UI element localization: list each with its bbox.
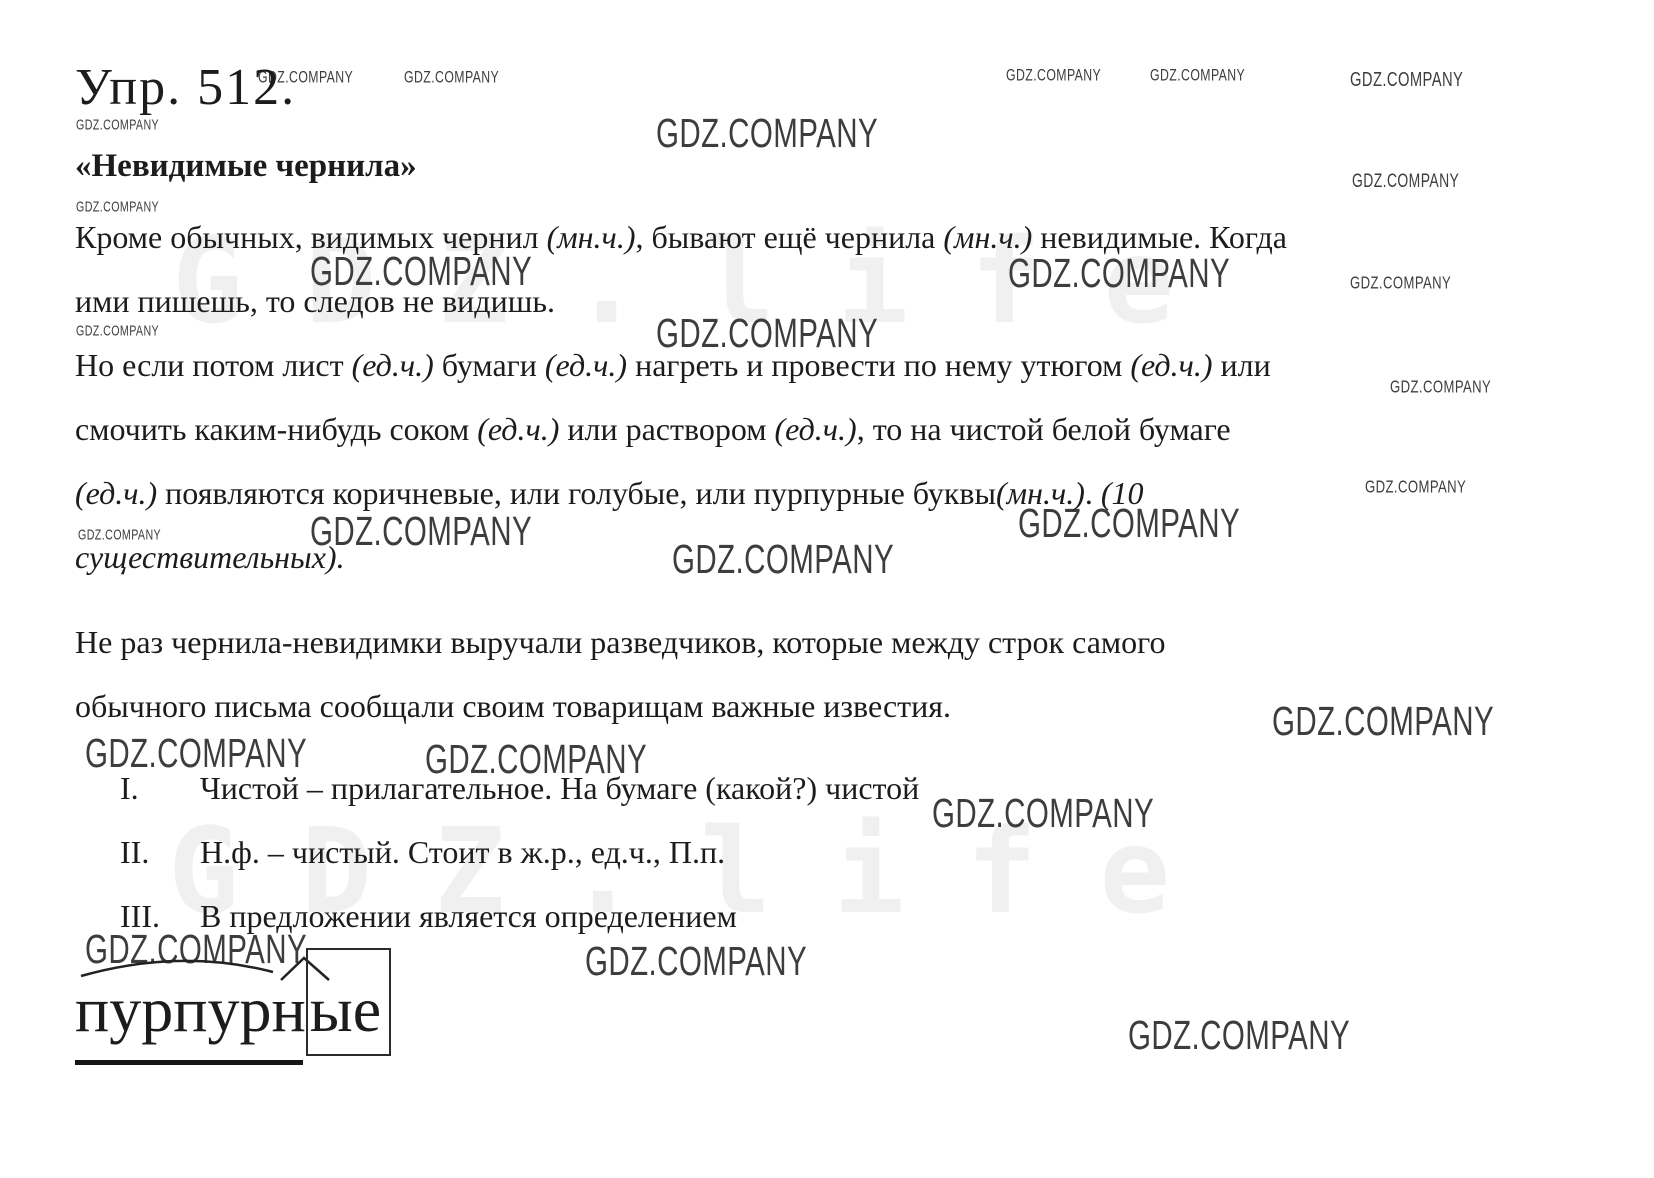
text-line: Не раз чернила-невидимки выручали развед…: [75, 610, 1165, 674]
watermark: GDZ.COMPANY: [1350, 274, 1451, 294]
text-line: Кроме обычных, видимых чернил (мн.ч.), б…: [75, 205, 1287, 269]
text-line: Но если потом лист (ед.ч.) бумаги (ед.ч.…: [75, 333, 1271, 397]
morphology-analysis-list: I. Чистой – прилагательное. На бумаге (к…: [120, 756, 919, 948]
text-line: обычного письма сообщали своим товарищам…: [75, 674, 1165, 738]
watermark: GDZ.COMPANY: [76, 116, 159, 133]
watermark: GDZ.COMPANY: [1006, 66, 1101, 85]
word-base-underline: [75, 1060, 303, 1065]
text-line: существительных).: [75, 525, 1271, 589]
watermark: GDZ.COMPANY: [1365, 478, 1466, 498]
analysis-item-3: III. В предложении является определением: [120, 884, 919, 948]
text-line: (ед.ч.) появляются коричневые, или голуб…: [75, 461, 1271, 525]
watermark: GDZ.COMPANY: [1150, 66, 1245, 85]
analysis-text: Чистой – прилагательное. На бумаге (како…: [200, 756, 919, 820]
paragraph-2: Но если потом лист (ед.ч.) бумаги (ед.ч.…: [75, 333, 1271, 589]
word-morpheme-analysis: пурпурные: [75, 944, 515, 1094]
roman-numeral: I.: [120, 756, 200, 820]
paragraph-3: Не раз чернила-невидимки выручали развед…: [75, 610, 1165, 738]
text-line: ими пишешь, то следов не видишь.: [75, 269, 1287, 333]
roman-numeral: II.: [120, 820, 200, 884]
word-suffix: н: [272, 974, 306, 1045]
watermark: GDZ.COMPANY: [1352, 170, 1459, 192]
watermark: GDZ.COMPANY: [1350, 68, 1463, 92]
exercise-number: Упр. 512.: [75, 58, 296, 118]
watermark: GDZ.COMPANY: [404, 68, 499, 87]
watermark: GDZ.COMPANY: [932, 790, 1154, 837]
watermark: GDZ.COMPANY: [1390, 378, 1491, 398]
document-page: GDZ.lifeGDZ.life GDZ.COMPANYGDZ.COMPANYG…: [0, 0, 1654, 1178]
watermark: GDZ.COMPANY: [1128, 1012, 1350, 1059]
analysis-item-2: II. Н.ф. – чистый. Стоит в ж.р., ед.ч., …: [120, 820, 919, 884]
story-title: «Невидимые чернила»: [75, 148, 417, 185]
watermark: GDZ.COMPANY: [1272, 698, 1494, 745]
word-ending-box: ые: [306, 948, 391, 1056]
analysis-text: В предложении является определением: [200, 884, 737, 948]
paragraph-1: Кроме обычных, видимых чернил (мн.ч.), б…: [75, 205, 1287, 333]
analysis-item-1: I. Чистой – прилагательное. На бумаге (к…: [120, 756, 919, 820]
text-line: смочить каким-нибудь соком (ед.ч.) или р…: [75, 397, 1271, 461]
roman-numeral: III.: [120, 884, 200, 948]
watermark: GDZ.COMPANY: [656, 110, 878, 157]
analyzed-word: пурпурные: [75, 978, 391, 1042]
analysis-text: Н.ф. – чистый. Стоит в ж.р., ед.ч., П.п.: [200, 820, 725, 884]
word-root: пурпур: [75, 974, 272, 1045]
